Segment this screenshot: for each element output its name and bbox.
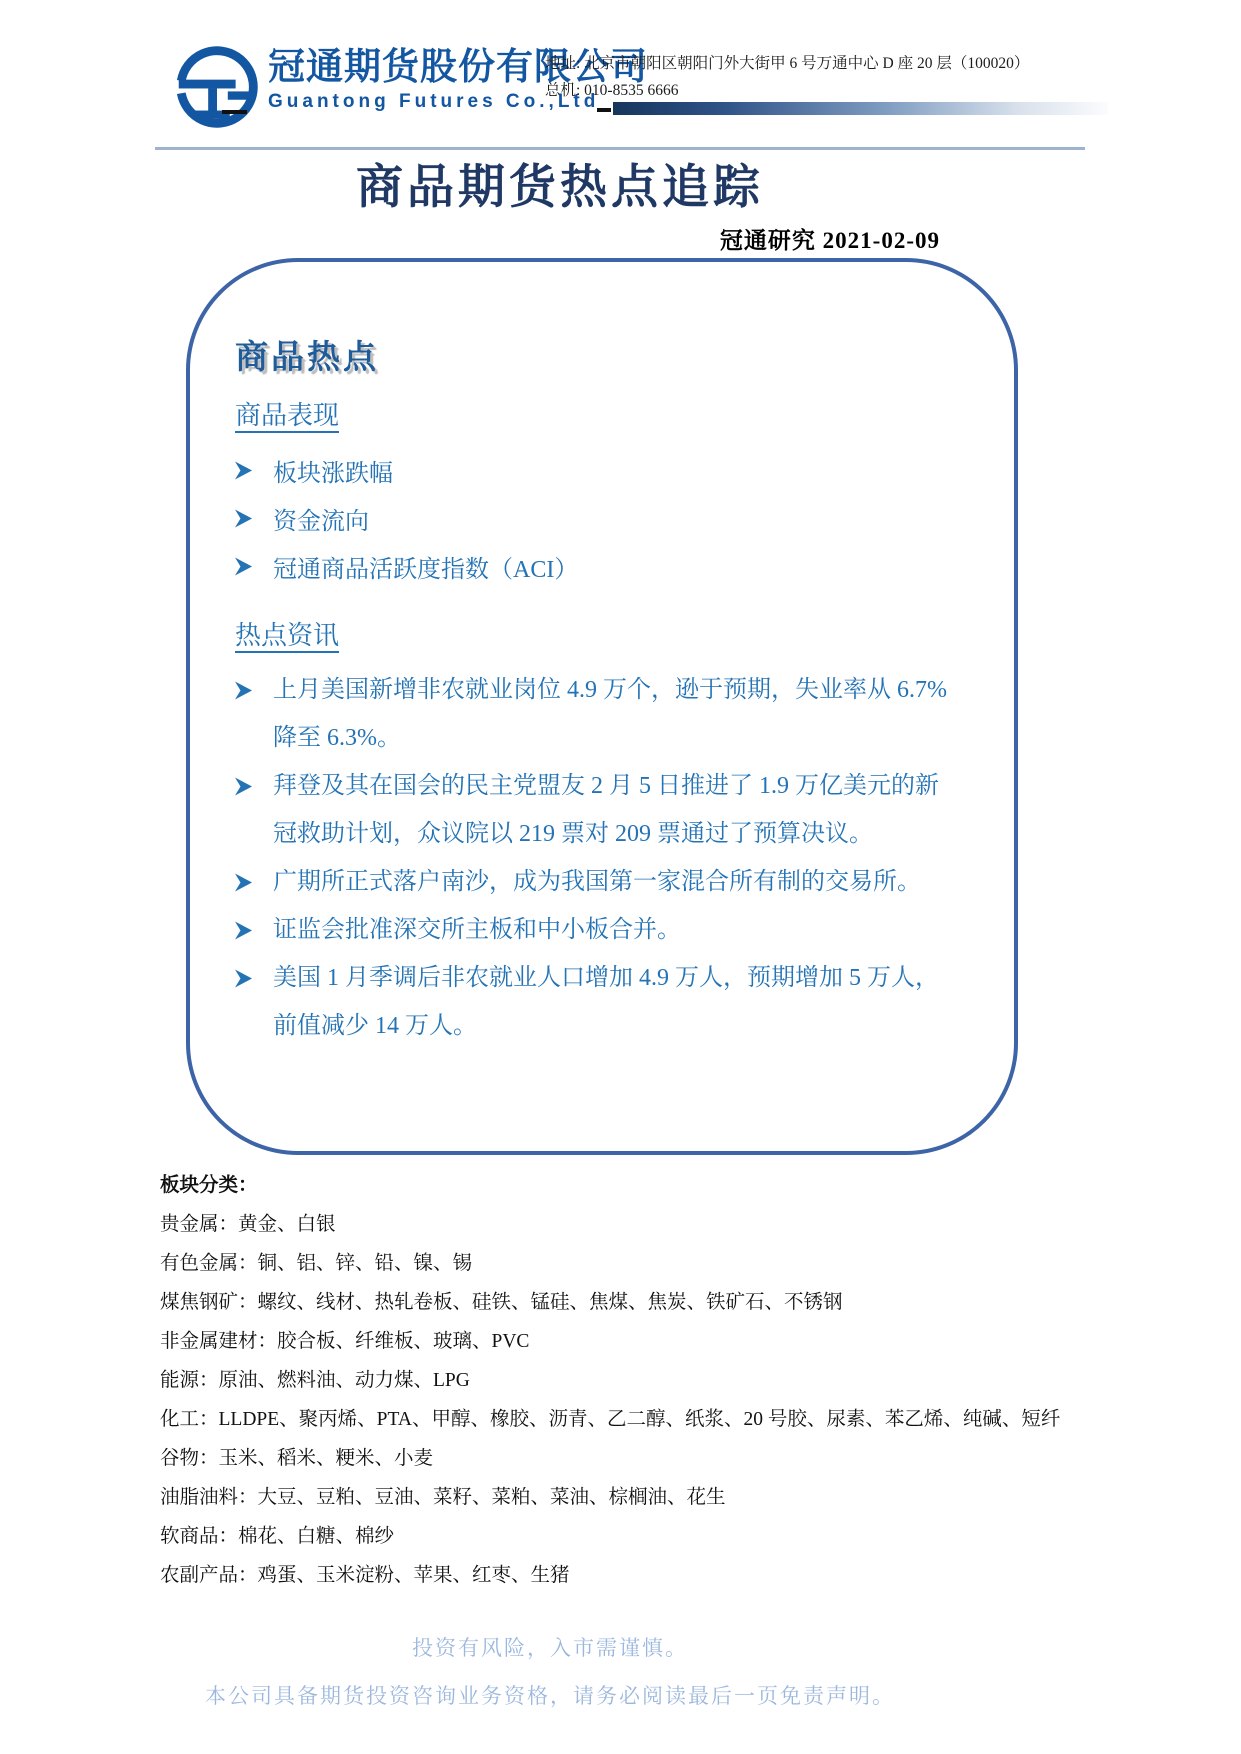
research-label-date: 冠通研究 2021-02-09 [440, 222, 940, 255]
performance-item: 资金流向 [235, 494, 990, 542]
header-gradient-bar [613, 102, 1108, 115]
box-heading: 商品热点 [235, 338, 990, 378]
news-line: 上月美国新增非农就业岗位 4.9 万个，逊于预期，失业率从 6.7% [273, 666, 947, 714]
news-list: 上月美国新增非农就业岗位 4.9 万个，逊于预期，失业率从 6.7% 降至 6.… [235, 666, 990, 1050]
news-item-text: 证监会批准深交所主板和中小板合并。 [273, 906, 681, 954]
arrow-bullet-icon [235, 557, 252, 576]
disclaimer-note: 本公司具备期货投资咨询业务资格，请务必阅读最后一页免责声明。 [160, 1680, 940, 1710]
sector-row: 软商品：棉花、白糖、棉纱 [160, 1517, 1190, 1556]
arrow-bullet-icon [235, 461, 252, 480]
company-contact: 地址: 北京市朝阳区朝阳门外大街甲 6 号万通中心 D 座 20 层（10002… [545, 50, 1029, 104]
sector-row: 谷物：玉米、稻米、粳米、小麦 [160, 1439, 1190, 1478]
decorative-dash-mid [597, 108, 611, 112]
arrow-bullet-icon [235, 921, 252, 940]
performance-item-label: 板块涨跌幅 [273, 453, 393, 488]
news-item: 美国 1 月季调后非农就业人口增加 4.9 万人，预期增加 5 万人， 前值减少… [235, 954, 990, 1050]
section-performance-title: 商品表现 [235, 400, 339, 432]
performance-item-label: 冠通商品活跃度指数（ACI） [273, 549, 578, 584]
risk-warning: 投资有风险，入市需谨慎。 [160, 1632, 940, 1662]
news-item: 拜登及其在国会的民主党盟友 2 月 5 日推进了 1.9 万亿美元的新 冠救助计… [235, 762, 990, 858]
sector-row: 有色金属：铜、铝、锌、铅、镍、锡 [160, 1244, 1190, 1283]
page-title: 商品期货热点追踪 [160, 150, 960, 217]
arrow-bullet-icon [235, 873, 252, 892]
sector-row: 贵金属：黄金、白银 [160, 1205, 1190, 1244]
sector-row: 农副产品：鸡蛋、玉米淀粉、苹果、红枣、生猪 [160, 1556, 1190, 1595]
sector-row: 非金属建材：胶合板、纤维板、玻璃、PVC [160, 1322, 1190, 1361]
sector-row: 油脂油料：大豆、豆粕、豆油、菜籽、菜粕、菜油、棕榈油、花生 [160, 1478, 1190, 1517]
performance-item: 板块涨跌幅 [235, 446, 990, 494]
news-line: 证监会批准深交所主板和中小板合并。 [273, 906, 681, 954]
news-line: 冠救助计划，众议院以 219 票对 209 票通过了预算决议。 [273, 810, 939, 858]
news-line: 前值减少 14 万人。 [273, 1002, 939, 1050]
sector-row: 煤焦钢矿：螺纹、线材、热轧卷板、硅铁、锰硅、焦煤、焦炭、铁矿石、不锈钢 [160, 1283, 1190, 1322]
news-line: 美国 1 月季调后非农就业人口增加 4.9 万人，预期增加 5 万人， [273, 954, 939, 1002]
performance-item: 冠通商品活跃度指数（ACI） [235, 542, 990, 590]
arrow-bullet-icon [235, 509, 252, 528]
news-item-text: 上月美国新增非农就业岗位 4.9 万个，逊于预期，失业率从 6.7% 降至 6.… [273, 666, 947, 762]
news-item-text: 美国 1 月季调后非农就业人口增加 4.9 万人，预期增加 5 万人， 前值减少… [273, 954, 939, 1050]
news-item: 证监会批准深交所主板和中小板合并。 [235, 906, 990, 954]
performance-item-label: 资金流向 [273, 501, 369, 536]
news-line: 广期所正式落户南沙，成为我国第一家混合所有制的交易所。 [273, 858, 921, 906]
company-phone: 总机: 010-8535 6666 [545, 77, 1029, 104]
news-line: 拜登及其在国会的民主党盟友 2 月 5 日推进了 1.9 万亿美元的新 [273, 762, 939, 810]
arrow-bullet-icon [235, 969, 252, 988]
arrow-bullet-icon [235, 777, 252, 796]
company-address: 地址: 北京市朝阳区朝阳门外大街甲 6 号万通中心 D 座 20 层（10002… [545, 50, 1029, 77]
news-item: 上月美国新增非农就业岗位 4.9 万个，逊于预期，失业率从 6.7% 降至 6.… [235, 666, 990, 762]
hot-topics-box: 商品热点 商品表现 板块涨跌幅 资金流向 冠通商品活跃度指数（ACI） 热点资讯… [186, 258, 1018, 1155]
sector-row: 能源：原油、燃料油、动力煤、LPG [160, 1361, 1190, 1400]
news-item-text: 广期所正式落户南沙，成为我国第一家混合所有制的交易所。 [273, 858, 921, 906]
news-item-text: 拜登及其在国会的民主党盟友 2 月 5 日推进了 1.9 万亿美元的新 冠救助计… [273, 762, 939, 858]
sector-row: 化工：LLDPE、聚丙烯、PTA、甲醇、橡胶、沥青、乙二醇、纸浆、20 号胶、尿… [160, 1400, 1190, 1439]
report-page: 冠通期货股份有限公司 Guantong Futures Co.,Ltd 地址: … [0, 0, 1241, 1754]
news-item: 广期所正式落户南沙，成为我国第一家混合所有制的交易所。 [235, 858, 990, 906]
company-logo-icon [166, 42, 268, 132]
performance-list: 板块涨跌幅 资金流向 冠通商品活跃度指数（ACI） [235, 446, 990, 590]
sector-classification: 板块分类： 贵金属：黄金、白银 有色金属：铜、铝、锌、铅、镍、锡 煤焦钢矿：螺纹… [160, 1166, 1190, 1595]
section-news-title: 热点资讯 [235, 620, 339, 652]
arrow-bullet-icon [235, 681, 252, 700]
sector-classification-title: 板块分类： [160, 1166, 1190, 1205]
decorative-dash-left [222, 110, 247, 114]
news-line: 降至 6.3%。 [273, 714, 947, 762]
